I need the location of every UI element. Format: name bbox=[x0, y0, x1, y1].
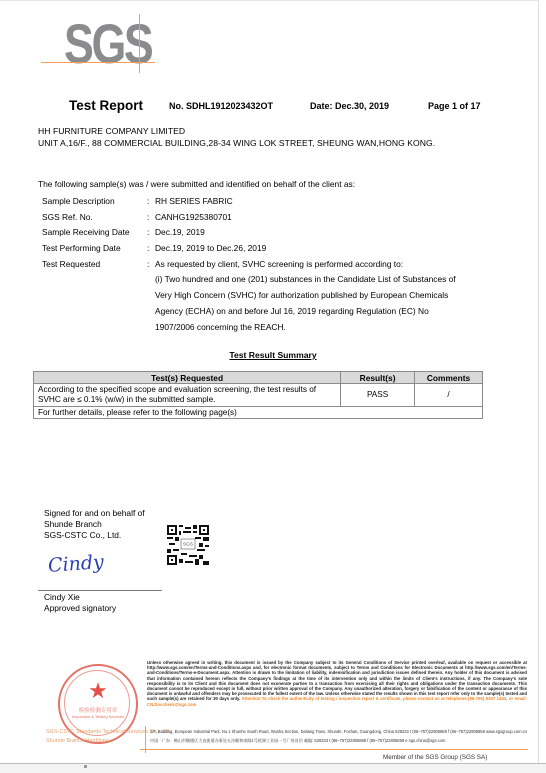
info-value: RH SERIES FABRIC bbox=[155, 194, 485, 210]
table-row: According to the specified scope and eva… bbox=[34, 384, 483, 407]
page-indicator: Page 1 of 17 bbox=[428, 101, 481, 111]
test-requested-detail: (i) Two hundred and one (201) substances… bbox=[42, 272, 485, 335]
address-horizontal-rule bbox=[140, 749, 528, 750]
address-english: 1/F, Building, European Industrial Park,… bbox=[150, 729, 527, 734]
detail-line: Very High Concern (SVHC) for authorizati… bbox=[155, 288, 485, 304]
info-row-performing-date: Test Performing Date : Dec.19, 2019 to D… bbox=[42, 241, 485, 257]
header-tests-requested: Test(s) Requested bbox=[34, 372, 341, 384]
page-marker bbox=[84, 765, 87, 768]
summary-title: Test Result Summary bbox=[0, 350, 546, 360]
report-number: No. SDHL1912023432OT bbox=[169, 101, 273, 111]
info-colon: : bbox=[147, 210, 155, 226]
info-colon: : bbox=[147, 194, 155, 210]
info-colon: : bbox=[147, 241, 155, 257]
signed-line: SGS-CSTC Co., Ltd. bbox=[44, 530, 145, 541]
detail-line: (i) Two hundred and one (201) substances… bbox=[155, 272, 485, 288]
address-chinese: 中国 · 广东 · 佛山市顺德区大良街道办事处五沙顺和南路1号欧洲工业园一号厂房… bbox=[150, 738, 445, 744]
svg-text:SGS: SGS bbox=[183, 542, 193, 548]
sample-info: Sample Description : RH SERIES FABRIC SG… bbox=[42, 194, 485, 335]
signed-line: Signed for and on behalf of bbox=[44, 508, 145, 519]
detail-line: 1907/2006 concerning the REACH. bbox=[155, 320, 485, 336]
header-comments: Comments bbox=[415, 372, 483, 384]
sgs-logo: SGS bbox=[62, 15, 142, 73]
table-header-row: Test(s) Requested Result(s) Comments bbox=[34, 372, 483, 384]
legal-disclaimer: Unless otherwise agreed in writing, this… bbox=[147, 660, 527, 707]
detail-line: Agency (ECHA) on and before Jul 16, 2019… bbox=[155, 304, 485, 320]
star-icon: ★ bbox=[60, 680, 136, 702]
signed-on-behalf: Signed for and on behalf of Shunde Branc… bbox=[44, 508, 145, 541]
next-page-edge bbox=[0, 763, 546, 773]
info-value: Dec.19, 2019 bbox=[155, 225, 485, 241]
table-footer-row: For further details, please refer to the… bbox=[34, 407, 483, 419]
cell-footer-note: For further details, please refer to the… bbox=[34, 407, 483, 419]
handwritten-signature: Cindy bbox=[47, 551, 104, 577]
cell-test: According to the specified scope and eva… bbox=[34, 384, 341, 407]
info-row-test-requested: Test Requested : As requested by client,… bbox=[42, 257, 485, 273]
info-label: SGS Ref. No. bbox=[42, 210, 147, 226]
cell-result: PASS bbox=[341, 384, 415, 407]
info-label: Sample Description bbox=[42, 194, 147, 210]
report-title: Test Report bbox=[69, 98, 143, 113]
signer-name: Cindy Xie bbox=[44, 592, 116, 603]
info-label: Test Performing Date bbox=[42, 241, 147, 257]
logo-horizontal-rule bbox=[41, 62, 155, 63]
client-name: HH FURNITURE COMPANY LIMITED bbox=[38, 125, 435, 137]
signer-role: Approved signatory bbox=[44, 603, 116, 614]
logo-vertical-rule bbox=[139, 14, 140, 73]
info-value: CANHG1925380701 bbox=[155, 210, 485, 226]
cell-comments: / bbox=[415, 384, 483, 407]
info-label: Sample Receiving Date bbox=[42, 225, 147, 241]
client-address: UNIT A,16/F., 88 COMMERCIAL BUILDING,28-… bbox=[38, 137, 435, 149]
info-row-receiving-date: Sample Receiving Date : Dec.19, 2019 bbox=[42, 225, 485, 241]
signer-block: Cindy Xie Approved signatory bbox=[44, 592, 116, 614]
qr-code-icon: SGS bbox=[167, 525, 209, 565]
info-row-ref-no: SGS Ref. No. : CANHG1925380701 bbox=[42, 210, 485, 226]
info-value: Dec.19, 2019 to Dec.26, 2019 bbox=[155, 241, 485, 257]
report-date: Date: Dec.30, 2019 bbox=[310, 101, 389, 111]
signature-line bbox=[38, 590, 162, 591]
header-results: Result(s) bbox=[341, 372, 415, 384]
report-page: SGS Test Report No. SDHL1912023432OT Dat… bbox=[0, 0, 539, 763]
info-row-description: Sample Description : RH SERIES FABRIC bbox=[42, 194, 485, 210]
sample-intro: The following sample(s) was / were submi… bbox=[38, 179, 355, 189]
info-colon: : bbox=[147, 225, 155, 241]
sgs-member-note: Member of the SGS Group (SGS SA) bbox=[383, 754, 487, 761]
disclaimer-text: Unless otherwise agreed in writing, this… bbox=[147, 660, 527, 701]
result-summary-table: Test(s) Requested Result(s) Comments Acc… bbox=[33, 371, 483, 419]
seal-en-text: Inspection & Testing Services bbox=[60, 714, 136, 719]
signed-line: Shunde Branch bbox=[44, 519, 145, 530]
client-block: HH FURNITURE COMPANY LIMITED UNIT A,16/F… bbox=[38, 125, 435, 149]
info-colon: : bbox=[147, 257, 155, 273]
seal-cn-text: 检验检测专用章 bbox=[60, 706, 136, 714]
info-value: As requested by client, SVHC screening i… bbox=[155, 257, 485, 273]
info-label: Test Requested bbox=[42, 257, 147, 273]
